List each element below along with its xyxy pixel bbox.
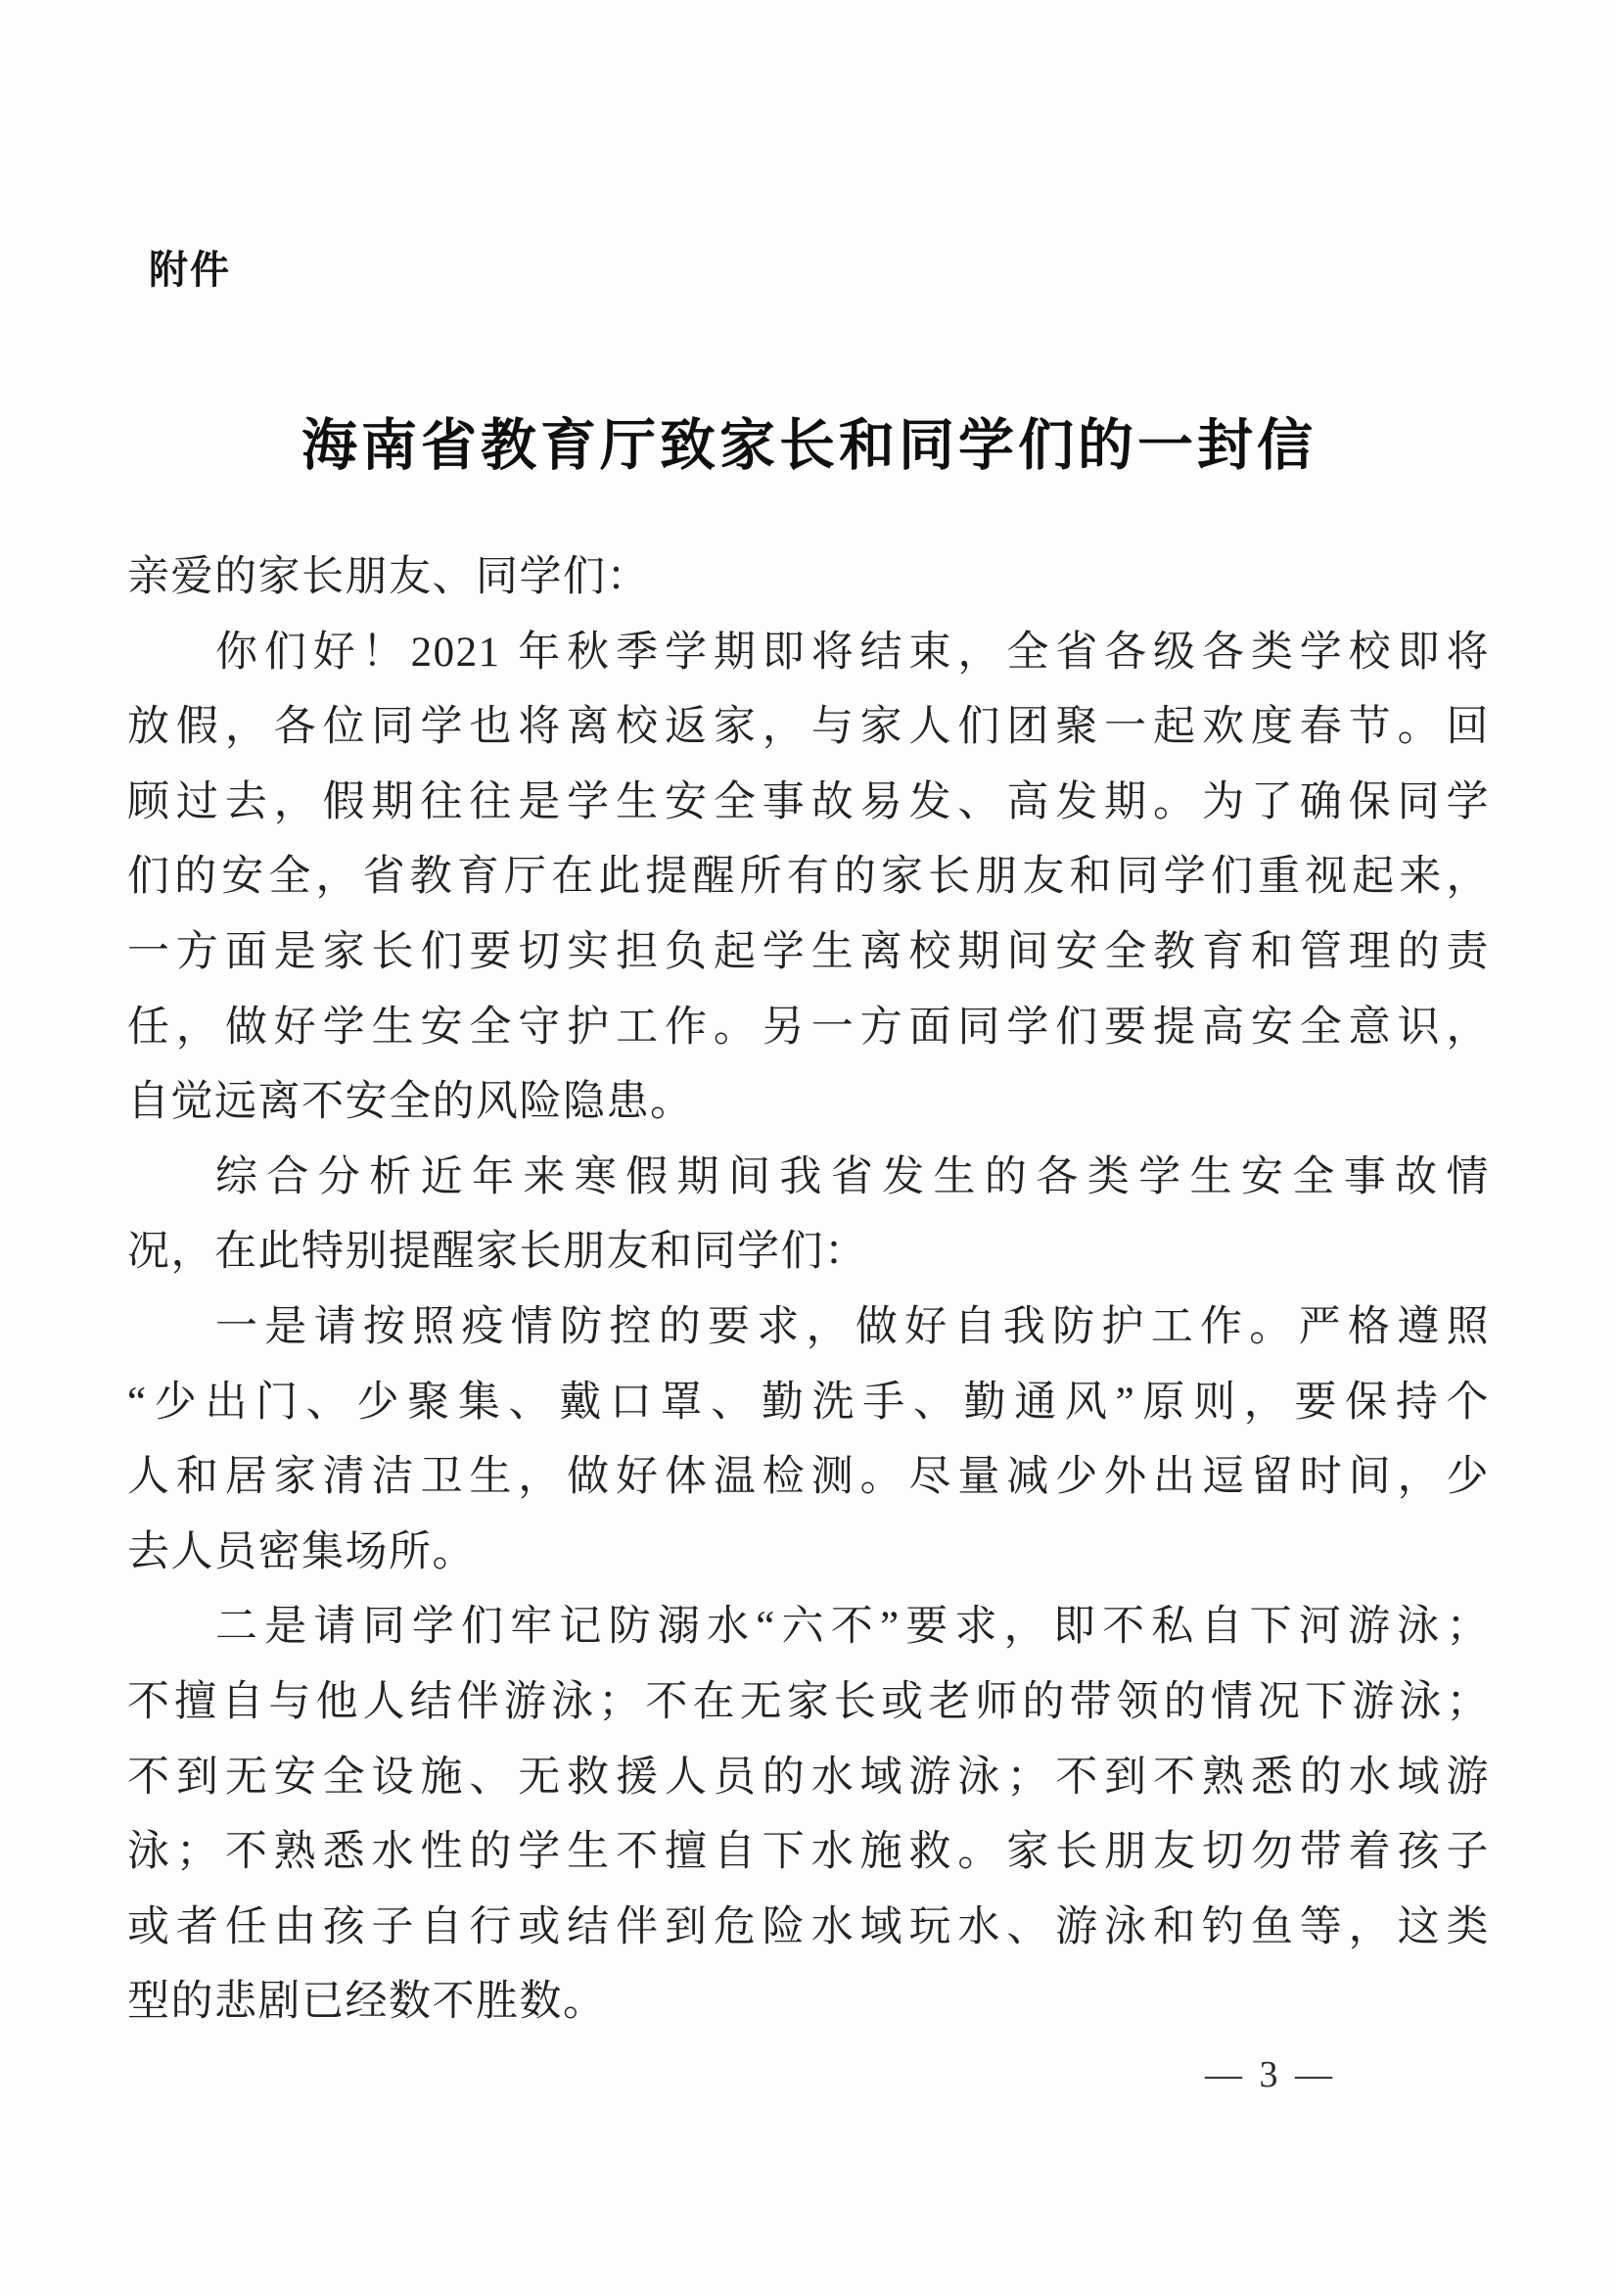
attachment-label: 附件 (149, 247, 231, 294)
body-line: “少出门、少聚集、戴口罩、勤洗手、勤通风”原则，要保持个 (127, 1366, 1490, 1441)
body-line: 型的悲剧已经数不胜数。 (127, 1965, 1490, 2040)
document-title: 海南省教育厅致家长和同学们的一封信 (0, 415, 1618, 478)
body-line: 去人员密集场所。 (127, 1516, 1490, 1591)
body-line: 或者任由孩子自行或结伴到危险水域玩水、游泳和钓鱼等，这类 (127, 1891, 1490, 1966)
body-line: 放假，各位同学也将离校返家，与家人们团聚一起欢度春节。回 (127, 690, 1490, 766)
body-line: 不到无安全设施、无救援人员的水域游泳；不到不熟悉的水域游 (127, 1741, 1490, 1816)
body-line: 不擅自与他人结伴游泳；不在无家长或老师的带领的情况下游泳； (127, 1665, 1490, 1741)
page-number: — 3 — (1205, 2052, 1336, 2097)
body-line: 二是请同学们牢记防溺水“六不”要求，即不私自下河游泳； (127, 1590, 1490, 1665)
body-line: 一是请按照疫情防控的要求，做好自我防护工作。严格遵照 (127, 1290, 1490, 1366)
body-line: 你们好！2021 年秋季学期即将结束，全省各级各类学校即将 (127, 616, 1490, 691)
body-line: 泳；不熟悉水性的学生不擅自下水施救。家长朋友切勿带着孩子 (127, 1815, 1490, 1891)
letter-body: 亲爱的家长朋友、同学们： 你们好！2021 年秋季学期即将结束，全省各级各类学校… (127, 540, 1490, 2040)
body-line: 自觉远离不安全的风险隐患。 (127, 1065, 1490, 1141)
body-line: 人和居家清洁卫生，做好体温检测。尽量减少外出逗留时间，少 (127, 1440, 1490, 1516)
body-line: 综合分析近年来寒假期间我省发生的各类学生安全事故情 (127, 1141, 1490, 1216)
body-line: 况，在此特别提醒家长朋友和同学们： (127, 1215, 1490, 1290)
body-line: 们的安全，省教育厅在此提醒所有的家长朋友和同学们重视起来， (127, 840, 1490, 915)
body-line: 顾过去，假期往往是学生安全事故易发、高发期。为了确保同学 (127, 766, 1490, 841)
body-line: 一方面是家长们要切实担负起学生离校期间安全教育和管理的责 (127, 915, 1490, 991)
body-line: 亲爱的家长朋友、同学们： (127, 540, 1490, 616)
document-page: 附件 海南省教育厅致家长和同学们的一封信 亲爱的家长朋友、同学们： 你们好！20… (0, 0, 1618, 2296)
body-line: 任，做好学生安全守护工作。另一方面同学们要提高安全意识， (127, 991, 1490, 1066)
